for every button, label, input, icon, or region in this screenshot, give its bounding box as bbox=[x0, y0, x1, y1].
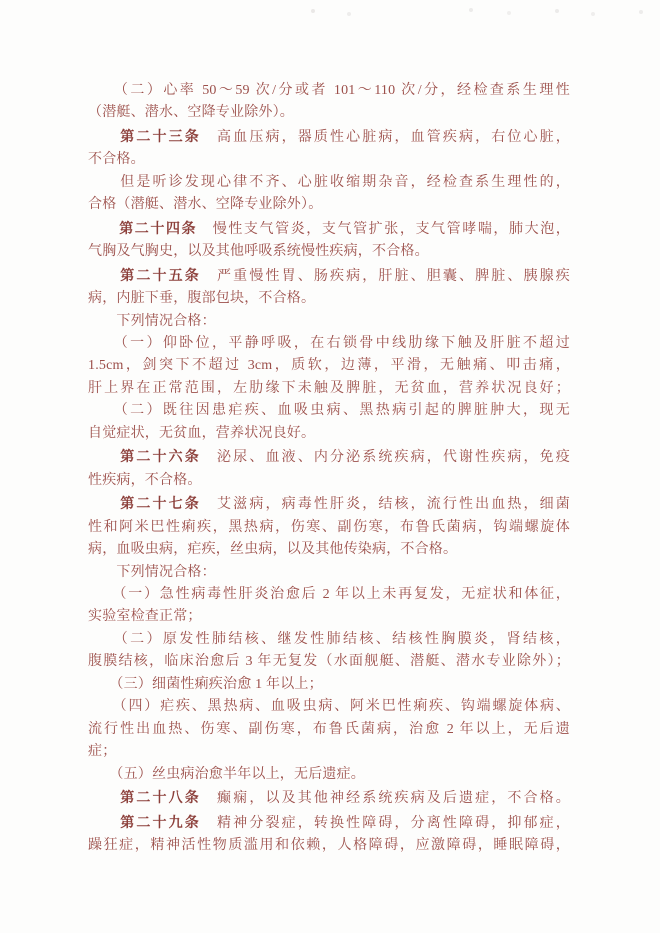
text-line: （五）丝虫病治愈半年以上，无后遗症。 bbox=[88, 764, 570, 786]
text-segment: 自觉症状，无贫血，营养状况良好。 bbox=[88, 426, 315, 441]
text-segment bbox=[88, 791, 120, 806]
text-line: （潜艇、潜水、空降专业除外）。 bbox=[88, 102, 570, 124]
text-line: 第二十四条 慢性支气管炎，支气管扩张，支气管哮喘，肺大泡， bbox=[88, 217, 570, 241]
text-line: （二）原发性肺结核、继发性肺结核、结核性胸膜炎，肾结核， bbox=[88, 629, 570, 651]
text-segment: （潜艇、潜水、空降专业除外）。 bbox=[88, 105, 294, 120]
text-segment: 流行性出血热、伤寒、副伤寒，布鲁氏菌病，治愈 2 年以上，无后遗 bbox=[88, 722, 570, 737]
text-line: 气胸及气胸史，以及其他呼吸系统慢性疾病，不合格。 bbox=[88, 241, 570, 263]
text-line: 流行性出血热、伤寒、副伤寒，布鲁氏菌病，治愈 2 年以上，无后遗 bbox=[88, 719, 570, 741]
text-line: 自觉症状，无贫血，营养状况良好。 bbox=[88, 423, 570, 445]
text-line: 腹膜结核，临床治愈后 3 年无复发（水面舰艇、潜艇、潜水专业除外）； bbox=[88, 651, 570, 673]
text-line: 肝上界在正常范围，左肋缘下未触及脾脏，无贫血，营养状况良好； bbox=[88, 378, 570, 400]
text-line: （一）急性病毒性肝炎治愈后 2 年以上未再复发，无症状和体征， bbox=[88, 584, 570, 606]
text-segment: 性和阿米巴性痢疾，黑热病，伤寒、副伤寒，布鲁氏菌病，钩端螺旋体 bbox=[88, 520, 570, 535]
text-line: （一）仰卧位，平静呼吸，在右锁骨中线肋缘下触及肝脏不超过 bbox=[88, 333, 570, 355]
text-segment bbox=[88, 269, 120, 284]
text-line: 合格（潜艇、潜水、空降专业除外）。 bbox=[88, 194, 570, 216]
text-segment: （五）丝虫病治愈半年以上，无后遗症。 bbox=[88, 767, 365, 782]
article-number: 第二十八条 bbox=[120, 789, 201, 805]
text-line: 病，血吸虫病，疟疾，丝虫病，以及其他传染病，不合格。 bbox=[88, 539, 570, 561]
text-segment bbox=[88, 450, 120, 465]
document-page: （二）心率 50～59 次/分或者 101～110 次/分，经检查系生理性（潜艇… bbox=[0, 0, 660, 933]
text-segment: 实验室检查正常； bbox=[88, 609, 202, 624]
text-segment: （一）仰卧位，平静呼吸，在右锁骨中线肋缘下触及肝脏不超过 bbox=[88, 336, 570, 351]
article-number: 第二十三条 bbox=[120, 128, 201, 144]
text-line: 下列情况合格： bbox=[88, 311, 570, 333]
text-segment: 性疾病，不合格。 bbox=[88, 473, 202, 488]
text-segment: （一）急性病毒性肝炎治愈后 2 年以上未再复发，无症状和体征， bbox=[88, 587, 570, 602]
text-segment: 1.5cm，剑突下不超过 3cm，质软，边薄，平滑，无触痛、叩击痛， bbox=[88, 358, 570, 373]
text-segment: 癫痫，以及其他神经系统疾病及后遗症，不合格。 bbox=[201, 791, 570, 806]
text-line: 第二十三条 高血压病，器质性心脏病，血管疾病，右位心脏， bbox=[88, 125, 570, 149]
text-segment: 不合格。 bbox=[88, 152, 145, 167]
text-segment bbox=[88, 222, 119, 237]
text-segment: 腹膜结核，临床治愈后 3 年无复发（水面舰艇、潜艇、潜水专业除外）； bbox=[88, 654, 570, 669]
text-segment: （四）疟疾、黑热病、血吸虫病、阿米巴性痢疾、钩端螺旋体病、 bbox=[88, 699, 570, 714]
text-line: （二）既往因患疟疾、血吸虫病、黑热病引起的脾脏肿大，现无 bbox=[88, 400, 570, 422]
text-segment: 躁狂症，精神活性物质滥用和依赖，人格障碍，应激障碍，睡眠障碍， bbox=[88, 838, 570, 853]
text-line: 第二十六条 泌尿、血液、内分泌系统疾病，代谢性疾病，免疫 bbox=[88, 445, 570, 469]
text-segment: 严重慢性胃、肠疾病，肝脏、胆囊、脾脏、胰腺疾 bbox=[201, 269, 570, 284]
text-line: （三）细菌性痢疾治愈 1 年以上； bbox=[88, 674, 570, 696]
text-line: 第二十八条 癫痫，以及其他神经系统疾病及后遗症，不合格。 bbox=[88, 786, 570, 810]
text-line: 但是听诊发现心律不齐、心脏收缩期杂音，经检查系生理性的， bbox=[88, 172, 570, 194]
text-segment: 精神分裂症，转换性障碍，分离性障碍，抑郁症， bbox=[201, 816, 570, 831]
text-line: 病，内脏下垂，腹部包块，不合格。 bbox=[88, 288, 570, 310]
text-segment: 病，血吸虫病，疟疾，丝虫病，以及其他传染病，不合格。 bbox=[88, 542, 457, 557]
text-segment: 慢性支气管炎，支气管扩张，支气管哮喘，肺大泡， bbox=[197, 222, 570, 237]
text-line: （四）疟疾、黑热病、血吸虫病、阿米巴性痢疾、钩端螺旋体病、 bbox=[88, 696, 570, 718]
text-segment: 气胸及气胸史，以及其他呼吸系统慢性疾病，不合格。 bbox=[88, 244, 429, 259]
text-line: 1.5cm，剑突下不超过 3cm，质软，边薄，平滑，无触痛、叩击痛， bbox=[88, 355, 570, 377]
text-segment: （二）原发性肺结核、继发性肺结核、结核性胸膜炎，肾结核， bbox=[88, 632, 570, 647]
scan-artifacts bbox=[0, 0, 2, 2]
text-line: 不合格。 bbox=[88, 149, 570, 171]
text-segment: 病，内脏下垂，腹部包块，不合格。 bbox=[88, 291, 315, 306]
text-line: （二）心率 50～59 次/分或者 101～110 次/分，经检查系生理性 bbox=[88, 80, 570, 102]
text-line: 躁狂症，精神活性物质滥用和依赖，人格障碍，应激障碍，睡眠障碍， bbox=[88, 835, 570, 857]
text-line: 症； bbox=[88, 741, 570, 763]
text-segment bbox=[88, 130, 120, 145]
text-segment: 肝上界在正常范围，左肋缘下未触及脾脏，无贫血，营养状况良好； bbox=[88, 381, 570, 396]
text-segment: 症； bbox=[88, 744, 116, 759]
article-number: 第二十六条 bbox=[120, 448, 201, 464]
text-segment bbox=[88, 497, 120, 512]
text-segment: 艾滋病，病毒性肝炎，结核，流行性出血热，细菌 bbox=[201, 497, 570, 512]
text-line: 实验室检查正常； bbox=[88, 606, 570, 628]
text-segment: 下列情况合格： bbox=[88, 565, 216, 580]
text-line: 下列情况合格： bbox=[88, 562, 570, 584]
text-segment: 泌尿、血液、内分泌系统疾病，代谢性疾病，免疫 bbox=[201, 450, 570, 465]
article-number: 第二十九条 bbox=[120, 814, 201, 830]
article-number: 第二十四条 bbox=[119, 220, 197, 236]
article-number: 第二十七条 bbox=[120, 495, 201, 511]
text-segment: （二）心率 50～59 次/分或者 101～110 次/分，经检查系生理性 bbox=[88, 83, 570, 98]
text-segment bbox=[88, 816, 120, 831]
text-segment: （二）既往因患疟疾、血吸虫病、黑热病引起的脾脏肿大，现无 bbox=[88, 403, 570, 418]
text-segment: 下列情况合格： bbox=[88, 314, 216, 329]
text-line: 性和阿米巴性痢疾，黑热病，伤寒、副伤寒，布鲁氏菌病，钩端螺旋体 bbox=[88, 517, 570, 539]
text-segment: 但是听诊发现心律不齐、心脏收缩期杂音，经检查系生理性的， bbox=[88, 175, 570, 190]
text-segment: （三）细菌性痢疾治愈 1 年以上； bbox=[88, 677, 323, 692]
document-text: （二）心率 50～59 次/分或者 101～110 次/分，经检查系生理性（潜艇… bbox=[88, 80, 570, 857]
text-segment: 合格（潜艇、潜水、空降专业除外）。 bbox=[88, 197, 322, 212]
text-line: 性疾病，不合格。 bbox=[88, 470, 570, 492]
article-number: 第二十五条 bbox=[120, 267, 201, 283]
text-line: 第二十九条 精神分裂症，转换性障碍，分离性障碍，抑郁症， bbox=[88, 811, 570, 835]
text-segment: 高血压病，器质性心脏病，血管疾病，右位心脏， bbox=[201, 130, 570, 145]
text-line: 第二十五条 严重慢性胃、肠疾病，肝脏、胆囊、脾脏、胰腺疾 bbox=[88, 264, 570, 288]
text-line: 第二十七条 艾滋病，病毒性肝炎，结核，流行性出血热，细菌 bbox=[88, 492, 570, 516]
